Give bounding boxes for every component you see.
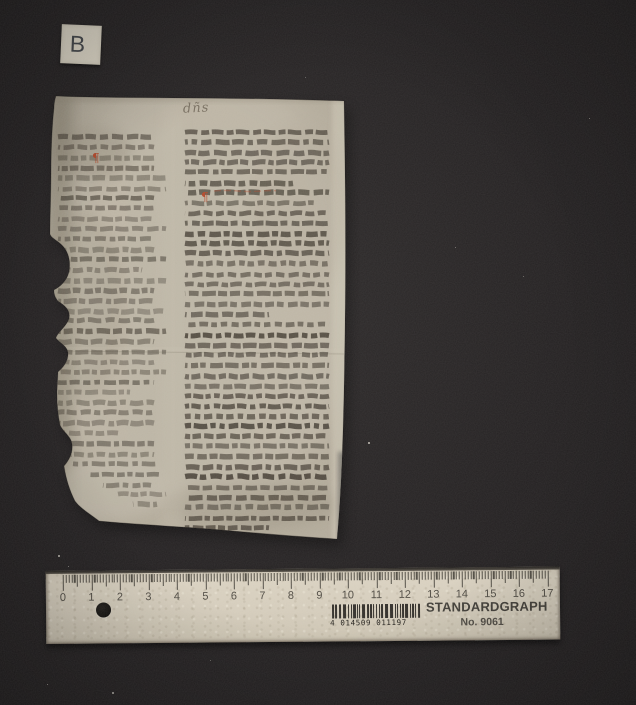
ruler-tick — [465, 571, 466, 579]
ruler-tick — [436, 572, 437, 580]
ruler-tick — [319, 573, 320, 589]
dust-speck — [68, 566, 69, 567]
ruler-tick — [447, 571, 448, 583]
ruler-tick — [123, 574, 124, 582]
barcode-bar — [343, 604, 346, 618]
ruler-tick — [456, 571, 457, 579]
ruler-tick — [205, 574, 206, 590]
ruler-tick — [63, 575, 64, 591]
ruler-tick — [271, 573, 272, 581]
ruler-tick — [396, 572, 397, 580]
ruler-tick — [504, 571, 505, 583]
ruler-tick — [245, 573, 246, 581]
barcode-bar — [332, 604, 334, 618]
ruler-tick — [362, 572, 363, 584]
ruler-tick — [402, 572, 403, 580]
barcode-bar — [351, 604, 352, 618]
barcode-bar — [359, 604, 360, 618]
ruler-tick — [208, 574, 209, 582]
ruler-tick — [277, 573, 278, 585]
ruler-tick — [348, 572, 349, 588]
barcode-bar — [381, 604, 383, 618]
ruler-tick — [445, 572, 446, 580]
ruler-tick — [484, 571, 485, 579]
ruler-tick — [422, 572, 423, 580]
ruler-tick — [516, 571, 517, 579]
barcode-bar — [362, 604, 365, 618]
ruler-tick — [493, 571, 494, 579]
ruler-tick — [405, 572, 406, 588]
ruler-number: 2 — [117, 591, 123, 603]
ruler-tick — [351, 572, 352, 580]
manuscript-text-line — [58, 392, 130, 393]
ruler-tick — [160, 574, 161, 582]
ruler-tick — [356, 572, 357, 580]
manuscript-text-line — [58, 362, 154, 363]
ruler-tick — [314, 573, 315, 581]
manuscript-text-line — [58, 320, 154, 321]
ruler-tick — [137, 574, 138, 582]
ruler-tick — [345, 572, 346, 580]
manuscript-text-line — [185, 213, 329, 214]
ruler-tick — [539, 571, 540, 579]
manuscript-text-line — [185, 467, 329, 468]
dust-speck — [589, 118, 590, 119]
manuscript-text-line — [185, 274, 329, 275]
ruler-hole — [96, 602, 111, 617]
photo-canvas: ¶ ¶ dñs B 01234567891011121314151617 4 0… — [0, 0, 636, 705]
ruler-tick — [259, 573, 260, 581]
ruler-tick — [163, 574, 164, 586]
manuscript-text-line — [118, 494, 166, 495]
dust-speck — [210, 660, 211, 661]
specimen-label: B — [60, 24, 102, 65]
manuscript-text-line — [58, 259, 166, 260]
ruler-tick — [237, 573, 238, 581]
ruler-tick — [200, 574, 201, 582]
ruler-tick — [134, 574, 135, 586]
ruler-number: 3 — [145, 591, 151, 603]
dust-speck — [112, 692, 114, 694]
ruler-number: 9 — [316, 590, 322, 602]
ruler-tick — [217, 573, 218, 581]
ruler-tick — [71, 575, 72, 583]
ruler-tick — [214, 574, 215, 582]
ruler-tick — [536, 571, 537, 579]
ruler-tick — [211, 574, 212, 582]
rubric-paraph-mark: ¶ — [201, 190, 209, 204]
barcode-bar — [405, 604, 408, 618]
ruler-tick — [66, 575, 67, 583]
ruler-tick — [373, 572, 374, 580]
manuscript-text-line — [58, 311, 166, 312]
ruler-tick — [279, 573, 280, 581]
ruler-tick — [174, 574, 175, 582]
ruler-tick — [490, 571, 491, 587]
ruler-tick — [479, 571, 480, 579]
barcode-bar — [397, 604, 398, 618]
ruler-tick — [148, 574, 149, 590]
ruler-tick — [128, 574, 129, 582]
ruler-tick — [453, 571, 454, 579]
manuscript-text-line — [58, 281, 166, 282]
ruler-tick — [365, 572, 366, 580]
ruler-tick — [476, 571, 477, 583]
barcode-bar — [339, 604, 341, 618]
ruler-tick — [131, 574, 132, 582]
manuscript-text-line — [185, 446, 329, 447]
barcode-bar — [353, 604, 356, 618]
ruler-tick — [103, 574, 104, 582]
ruler-number: 6 — [231, 590, 237, 602]
ruler-tick — [388, 572, 389, 580]
ruler-tick — [91, 575, 92, 591]
ruler-number: 1 — [88, 592, 94, 604]
ruler-tick — [336, 572, 337, 580]
specimen-label-text: B — [69, 31, 86, 59]
ruler-tick — [282, 573, 283, 581]
manuscript-text-line — [185, 183, 293, 184]
ruler-tick — [331, 573, 332, 581]
ruler-tick — [222, 573, 223, 581]
ruler-tick — [100, 575, 101, 583]
ruler-tick — [265, 573, 266, 581]
ruler-tick — [285, 573, 286, 581]
barcode-bar — [385, 604, 388, 618]
manuscript-text-line — [88, 474, 160, 475]
ruler-tick — [371, 572, 372, 580]
ruler-tick — [419, 572, 420, 584]
ruler-tick — [157, 574, 158, 582]
ruler-tick — [242, 573, 243, 581]
ruler-tick — [86, 575, 87, 583]
barcode-bar — [357, 604, 358, 618]
ruler-tick — [379, 572, 380, 580]
ruler-tick — [182, 574, 183, 582]
ruler-tick — [191, 574, 192, 586]
ruler-tick — [507, 571, 508, 579]
ruler-tick — [482, 571, 483, 579]
ruler-tick — [427, 572, 428, 580]
ruler-tick — [439, 572, 440, 580]
ruler-tick — [541, 571, 542, 579]
ruler-tick — [473, 571, 474, 579]
ruler-tick — [433, 572, 434, 588]
ruler-tick — [413, 572, 414, 580]
ruler-tick — [382, 572, 383, 580]
ruler-tick — [125, 574, 126, 582]
ruler-tick — [94, 575, 95, 583]
ruler-brand-block: STANDARDGRAPH No. 9061 — [426, 599, 538, 629]
rubric-paraph-mark: ¶ — [92, 151, 100, 165]
ruler-tick — [294, 573, 295, 581]
manuscript-text-line — [58, 382, 154, 383]
ruler-tick — [114, 574, 115, 582]
ruler-tick — [188, 574, 189, 582]
ruler-number: 4 — [174, 591, 180, 603]
ruler-tick — [299, 573, 300, 581]
ruler-tick — [88, 575, 89, 583]
ruler-tick — [459, 571, 460, 579]
ruler-tick — [311, 573, 312, 581]
ruler-tick — [399, 572, 400, 580]
ruler-number: 11 — [371, 589, 383, 601]
manuscript-text-line — [185, 162, 329, 163]
ruler-tick — [108, 574, 109, 582]
ruler-tick — [368, 572, 369, 580]
ruler-tick — [496, 571, 497, 579]
running-header: dñs — [183, 100, 210, 116]
ruler-tick — [522, 571, 523, 579]
ruler-tick — [106, 574, 107, 586]
manuscript-text-line — [185, 436, 329, 437]
ruler-tick — [274, 573, 275, 581]
barcode-bar — [418, 604, 420, 618]
ruler-tick — [470, 571, 471, 579]
ruler-tick — [145, 574, 146, 582]
ruler-tick — [77, 575, 78, 587]
manuscript-text-line — [58, 147, 154, 148]
ruler-tick — [530, 571, 531, 579]
ruler-number: 8 — [288, 590, 294, 602]
ruler-tick — [408, 572, 409, 580]
ruler-tick — [513, 571, 514, 579]
manuscript-text-line — [185, 487, 329, 488]
ruler-tick — [185, 574, 186, 582]
ruler-tick — [359, 572, 360, 580]
ruler-tick — [334, 572, 335, 584]
ruler-tick — [68, 575, 69, 583]
ruler-tick — [151, 574, 152, 582]
manuscript-text-line — [185, 314, 269, 315]
barcode-bar — [415, 604, 416, 618]
ruler-tick — [322, 573, 323, 581]
ruler-tick — [234, 573, 235, 589]
ruler-tick — [254, 573, 255, 581]
ruler-tick — [97, 575, 98, 583]
manuscript-text-line — [185, 223, 329, 224]
manuscript-text-line — [103, 485, 151, 486]
ruler-tick — [177, 574, 178, 590]
ruler-tick — [487, 571, 488, 579]
ruler-tick — [288, 573, 289, 581]
ruler-tick — [305, 573, 306, 585]
ruler-tick — [180, 574, 181, 582]
ruler-tick — [325, 573, 326, 581]
ruler-tick — [376, 572, 377, 588]
dust-speck — [305, 77, 306, 78]
ruler-ticks — [46, 567, 560, 571]
ruler-tick — [225, 573, 226, 581]
ruler-tick — [416, 572, 417, 580]
ruler-tick — [547, 571, 548, 587]
barcode-bar — [412, 604, 414, 618]
barcode-digits: 4 014509 011197 — [330, 618, 425, 628]
ruler: 01234567891011121314151617 4 014509 0111… — [46, 567, 561, 644]
ruler-tick — [168, 574, 169, 582]
manuscript-text-line — [185, 171, 329, 172]
ruler-tick — [251, 573, 252, 581]
barcode-bar — [376, 604, 377, 618]
barcode-bar — [400, 604, 401, 618]
ruler-tick — [502, 571, 503, 579]
ruler-tick — [410, 572, 411, 580]
ruler-tick — [83, 575, 84, 583]
ruler-tick — [120, 574, 121, 590]
barcode: 4 014509 011197 — [330, 604, 425, 630]
ruler-tick — [228, 573, 229, 581]
ruler-tick — [117, 574, 118, 582]
ruler-brand-label: STANDARDGRAPH — [426, 599, 538, 615]
manuscript-text-line — [185, 252, 329, 253]
ruler-number: 0 — [60, 592, 66, 604]
ruler-number: 5 — [202, 591, 208, 603]
barcode-bar — [390, 604, 393, 618]
dust-speck — [368, 442, 370, 444]
ruler-tick — [385, 572, 386, 580]
ruler-number: 12 — [399, 589, 411, 601]
ruler-tick — [442, 572, 443, 580]
ruler-tick — [519, 571, 520, 587]
manuscript-text-line — [58, 443, 154, 444]
dust-speck — [455, 247, 456, 248]
ruler-tick — [308, 573, 309, 581]
barcode-bar — [348, 604, 349, 618]
barcode-bar — [410, 604, 411, 618]
ruler-tick — [524, 571, 525, 579]
ruler-tick — [296, 573, 297, 581]
manuscript-text-line — [58, 158, 154, 159]
ruler-tick — [248, 573, 249, 585]
ruler-tick — [80, 575, 81, 583]
ruler-tick — [342, 572, 343, 580]
ruler-tick — [231, 573, 232, 581]
ruler-tick — [467, 571, 468, 579]
ruler-tick — [154, 574, 155, 582]
barcode-bar — [373, 604, 374, 618]
ruler-tick — [262, 573, 263, 589]
ruler-tick — [74, 575, 75, 583]
barcode-bar — [395, 604, 396, 618]
manuscript-text-line — [58, 412, 154, 413]
dust-speck — [523, 276, 524, 277]
dust-speck — [47, 684, 48, 685]
manuscript-text-line — [58, 228, 166, 229]
ruler-tick — [391, 572, 392, 584]
ruler-tick — [143, 574, 144, 582]
manuscript-fragment: ¶ ¶ dñs — [38, 80, 360, 566]
ruler-number: 10 — [342, 589, 354, 601]
ruler-tick — [111, 574, 112, 582]
barcode-bar — [335, 604, 337, 618]
ruler-tick — [499, 571, 500, 579]
ruler-tick — [197, 574, 198, 582]
ruler-tick — [462, 571, 463, 587]
ruler-tick — [527, 571, 528, 579]
ruler-tick — [316, 573, 317, 581]
ruler-tick — [328, 573, 329, 581]
ruler-tick — [268, 573, 269, 581]
ruler-tick — [430, 572, 431, 580]
ruler-tick — [239, 573, 240, 581]
ruler-model-label: No. 9061 — [426, 616, 538, 629]
ruler-tick — [220, 573, 221, 585]
ruler-tick — [202, 574, 203, 582]
ruler-tick — [194, 574, 195, 582]
ruler-number: 7 — [259, 590, 265, 602]
ruler-tick — [171, 574, 172, 582]
ruler-tick — [302, 573, 303, 581]
ruler-tick — [353, 572, 354, 580]
ruler-tick — [544, 571, 545, 579]
barcode-bar — [367, 604, 369, 618]
ruler-tick — [450, 571, 451, 579]
manuscript-text-line — [58, 197, 154, 198]
barcode-bars — [332, 604, 423, 619]
barcode-bar — [402, 604, 404, 618]
ruler-tick — [257, 573, 258, 581]
manuscript-text-line — [185, 376, 329, 377]
barcode-bar — [379, 604, 380, 618]
ruler-tick — [339, 572, 340, 580]
ruler-tick — [165, 574, 166, 582]
manuscript-text-line — [185, 132, 329, 133]
ruler-tick — [140, 574, 141, 582]
ruler-tick — [533, 571, 534, 583]
ruler-tick — [425, 572, 426, 580]
ruler-tick — [510, 571, 511, 579]
ruler-tick — [291, 573, 292, 589]
ruler-tick — [393, 572, 394, 580]
barcode-bar — [370, 604, 372, 618]
